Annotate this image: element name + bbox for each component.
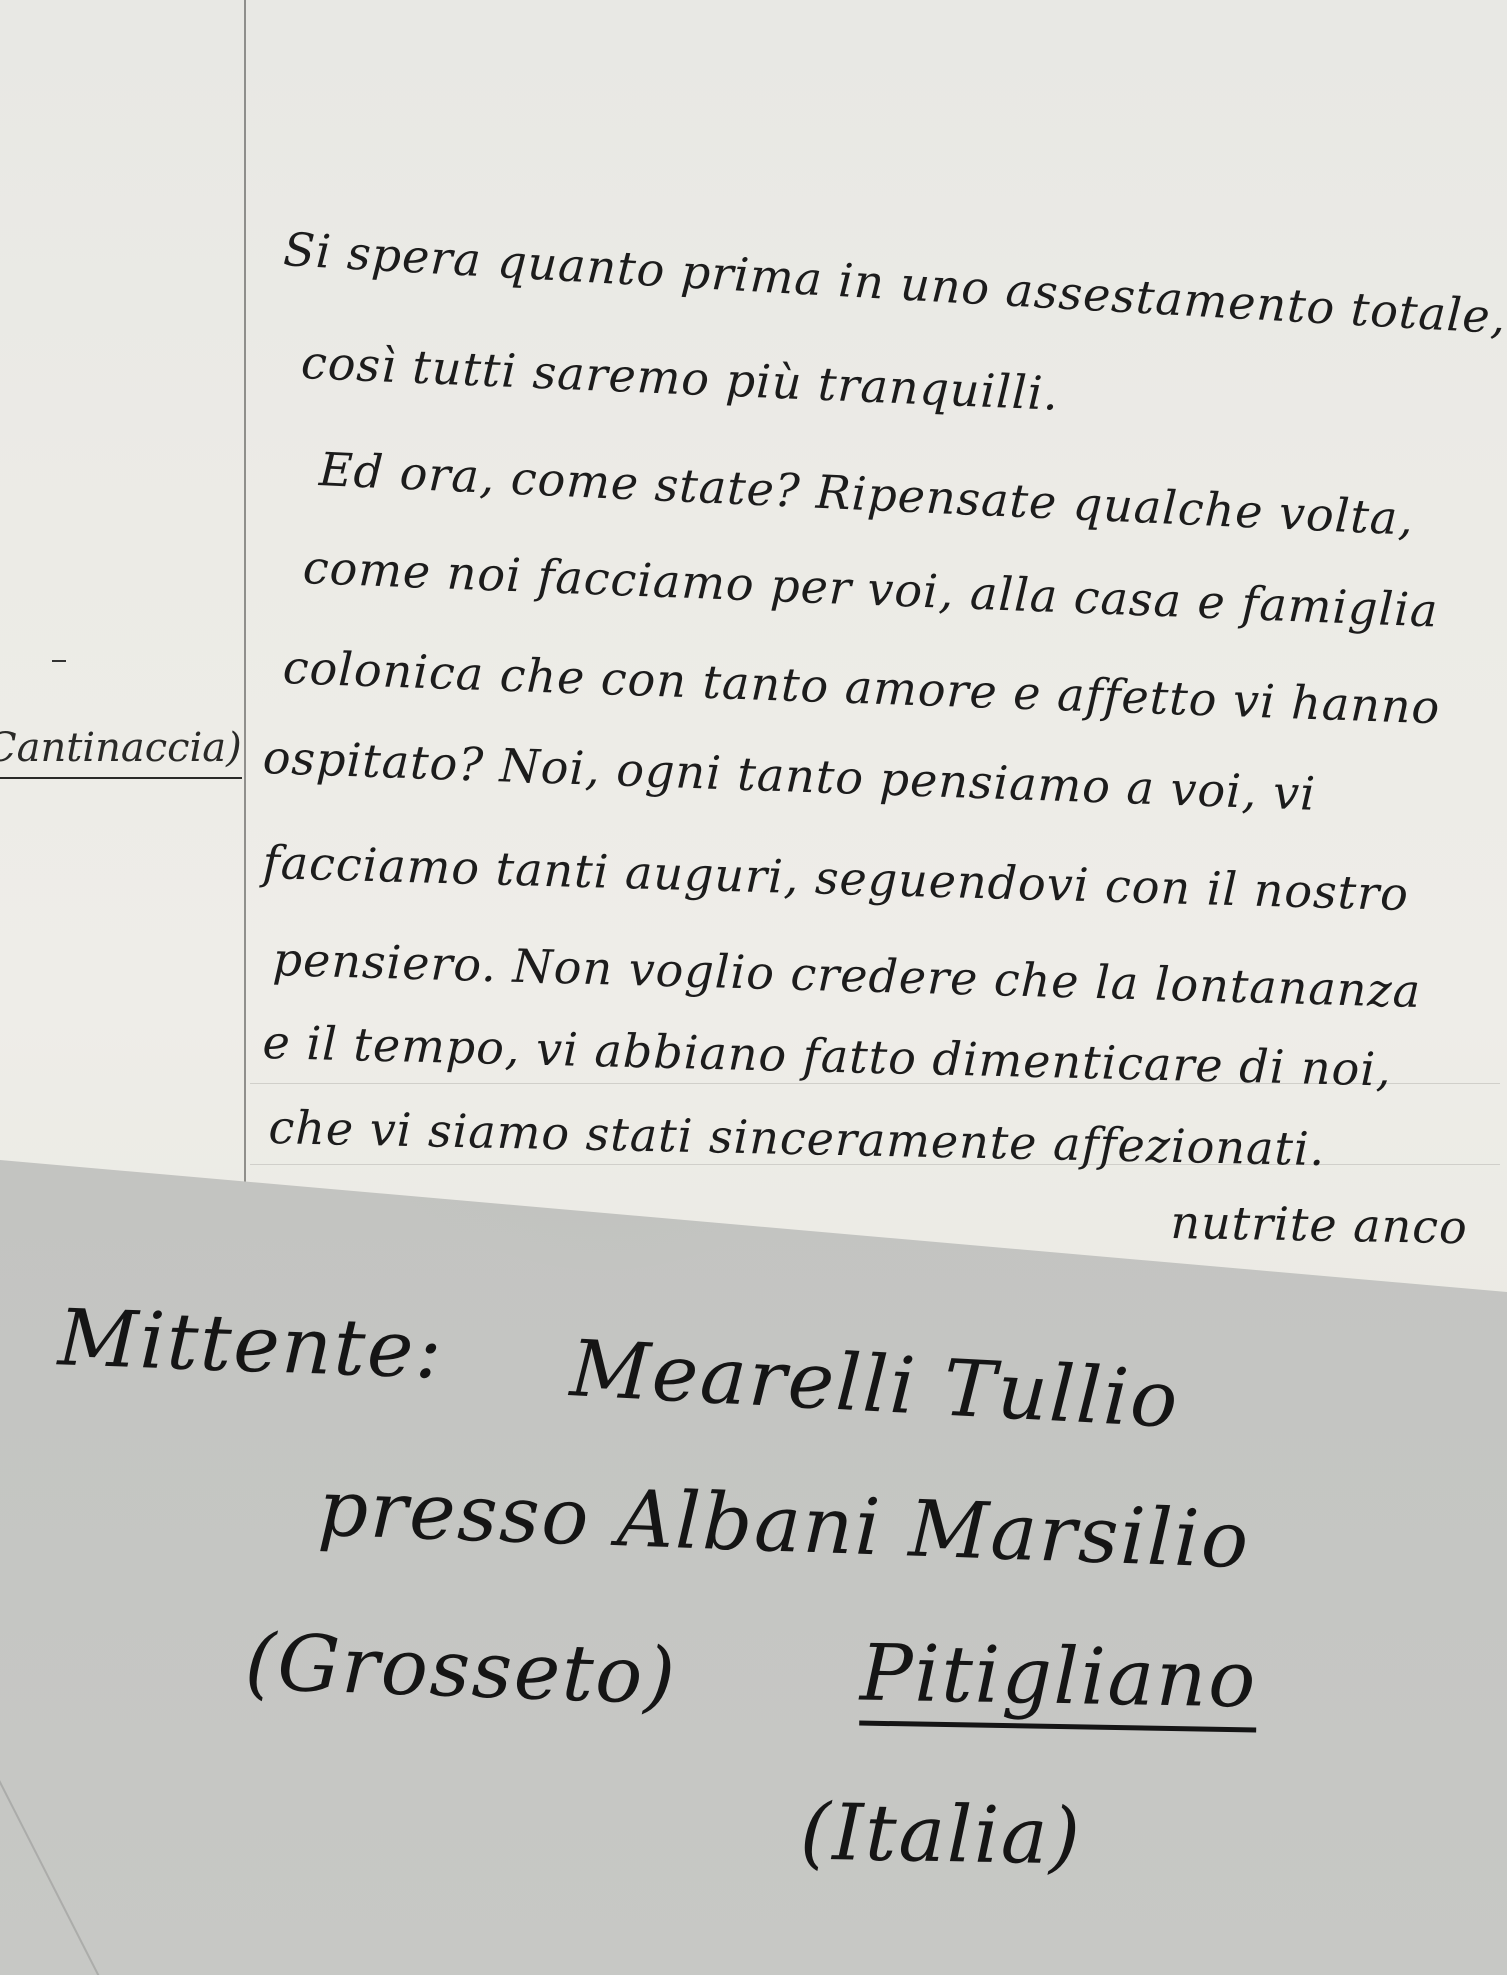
country: (Italia) <box>799 1788 1082 1883</box>
letter-line: Si spera quanto prima in uno assestament… <box>282 222 1507 344</box>
letter-line: facciamo tanti auguri, seguendovi con il… <box>262 835 1410 921</box>
letter-page: Cantinaccia) Si spera quanto prima in un… <box>0 0 1507 1330</box>
care-of-line: presso Albani Marsilio <box>317 1464 1252 1586</box>
letter-line: pensiero. Non voglio credere che la lont… <box>272 932 1422 1018</box>
margin-note: Cantinaccia) <box>0 725 242 771</box>
sender-name: Mearelli Tullio <box>568 1324 1182 1446</box>
letter-line-partial: nutrite anco <box>1170 1195 1468 1254</box>
letter-line: Ed ora, come state? Ripensate qualche vo… <box>318 442 1415 546</box>
letter-line: così tutti saremo più tranquilli. <box>300 335 1060 421</box>
margin-line <box>244 0 246 1330</box>
letter-line: e il tempo, vi abbiano fatto dimenticare… <box>262 1015 1392 1097</box>
letter-line: come noi facciamo per voi, alla casa e f… <box>302 540 1439 638</box>
letter-line: colonica che con tanto amore e affetto v… <box>282 640 1441 734</box>
letter-line: ospitato? Noi, ogni tanto pensiamo a voi… <box>262 730 1317 821</box>
province: (Grosseto) <box>244 1617 679 1722</box>
margin-mark <box>52 660 66 662</box>
sender-label: Mittente: <box>57 1293 446 1396</box>
town: Pitigliano <box>859 1629 1258 1733</box>
envelope-crease <box>0 1780 100 1975</box>
